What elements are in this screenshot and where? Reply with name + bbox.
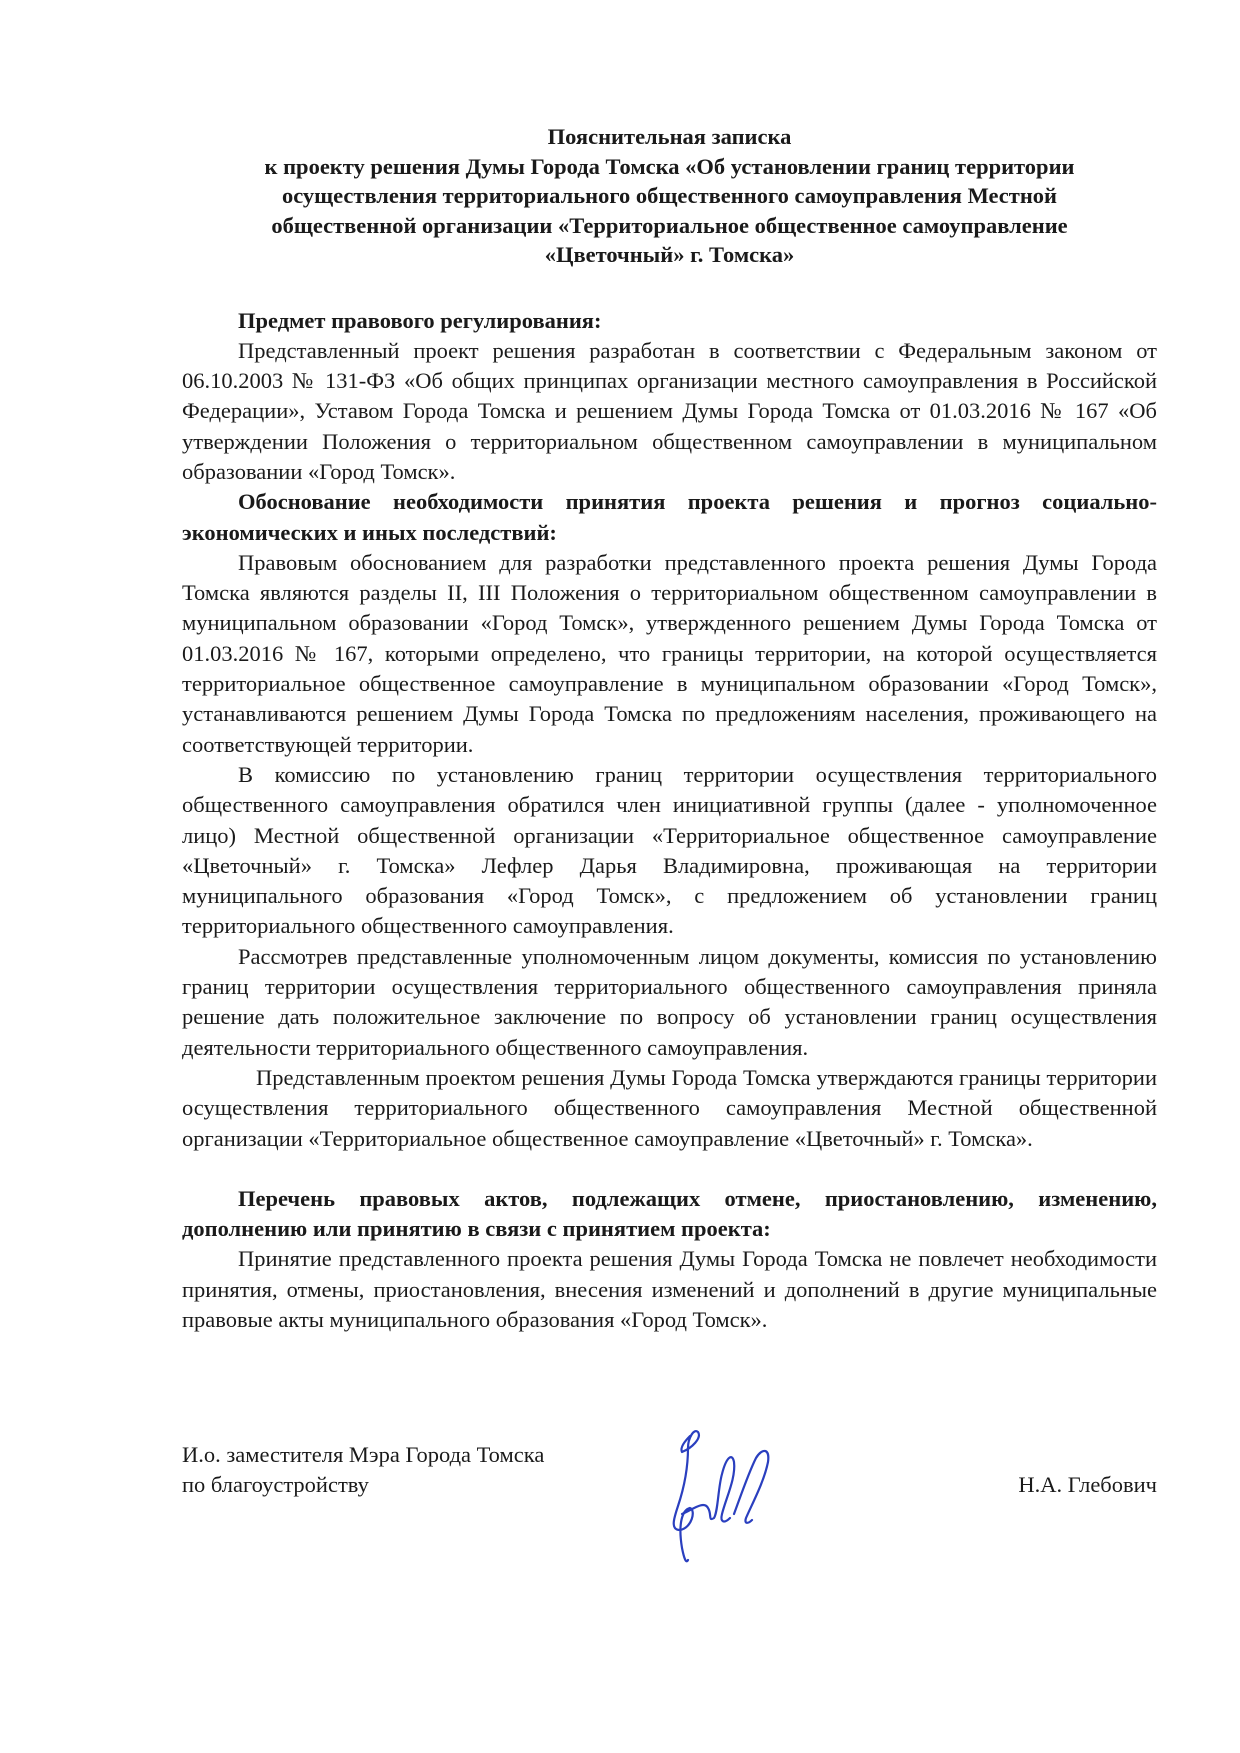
signature-block: И.о. заместителя Мэра Города Томска по б… — [182, 1440, 1157, 1580]
paragraph: Представленный проект решения разработан… — [182, 336, 1157, 487]
document-body: Пояснительная записка к проекту решения … — [182, 122, 1157, 1335]
section-heading-justification: Обоснование необходимости принятия проек… — [182, 487, 1157, 548]
paragraph: Принятие представленного проекта решения… — [182, 1244, 1157, 1335]
section-heading-subject: Предмет правового регулирования: — [182, 306, 1157, 336]
position-line: И.о. заместителя Мэра Города Томска — [182, 1440, 544, 1470]
title-line: Пояснительная записка — [190, 122, 1149, 152]
spacer — [182, 1154, 1157, 1184]
title-line: общественной организации «Территориально… — [190, 211, 1149, 241]
position-line: по благоустройству — [182, 1470, 544, 1500]
signatory-position: И.о. заместителя Мэра Города Томска по б… — [182, 1440, 544, 1500]
document-title: Пояснительная записка к проекту решения … — [182, 122, 1157, 270]
paragraph: Рассмотрев представленные уполномоченным… — [182, 942, 1157, 1063]
title-line: к проекту решения Думы Города Томска «Об… — [190, 152, 1149, 182]
document-page: Пояснительная записка к проекту решения … — [0, 0, 1240, 1753]
title-line: осуществления территориального обществен… — [190, 181, 1149, 211]
paragraph: В комиссию по установлению границ террит… — [182, 760, 1157, 942]
signatory-name: Н.А. Глебович — [1018, 1470, 1157, 1500]
handwritten-signature-icon — [652, 1418, 792, 1568]
paragraph: Правовым обоснованием для разработки пре… — [182, 548, 1157, 760]
paragraph: Представленным проектом решения Думы Гор… — [182, 1063, 1157, 1154]
section-heading-legal-acts: Перечень правовых актов, подлежащих отме… — [182, 1184, 1157, 1245]
title-line: «Цветочный» г. Томска» — [190, 240, 1149, 270]
